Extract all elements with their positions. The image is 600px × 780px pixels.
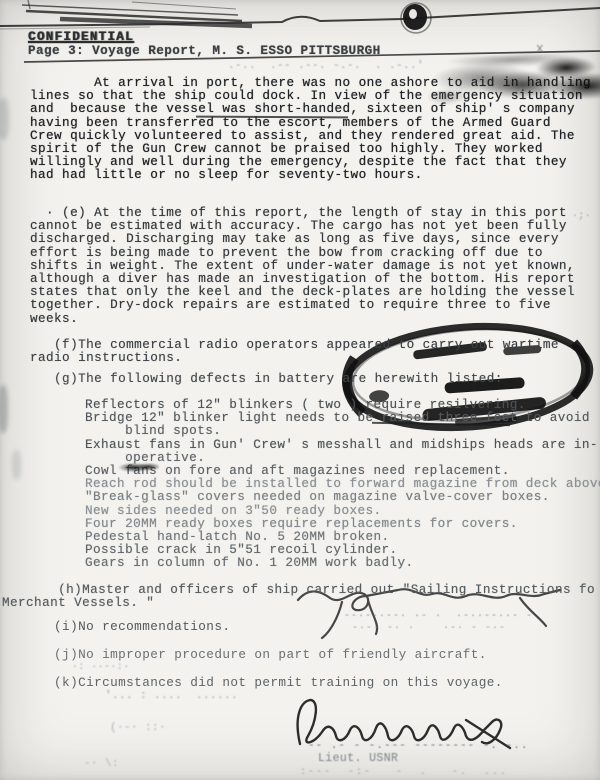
scan-edge-smudge: [12, 450, 21, 480]
torn-edge-artifact: [0, 0, 600, 29]
paragraph-k: (k)Circumstances did not permit training…: [30, 676, 503, 689]
pencil-mark: (·-· ::·: [110, 722, 166, 735]
text-line: operative.: [85, 451, 600, 464]
confidential-banner: CONFIDENTIAL: [28, 30, 134, 43]
margin-speck: ·;·: [572, 210, 591, 223]
text-line: had had little or no sleep for seventy-t…: [30, 168, 591, 181]
text-line: (i)No recommendations.: [30, 620, 230, 633]
text-line: weeks.: [30, 312, 575, 325]
overtyped-word-blot: [117, 461, 159, 474]
text-line: discharged. Discharging may take as long…: [30, 232, 575, 245]
scan-edge-smudge: [0, 98, 9, 140]
page-title: Page 3: Voyage Report, M. S. ESSO PITTSB…: [28, 44, 381, 57]
text-line: blind spots.: [85, 424, 600, 437]
defects-list: Reflectors of 12" blinkers ( two ) requi…: [85, 398, 600, 569]
signature-rank-line: Lieut. USNR: [318, 752, 398, 765]
text-line: Crew quickly volunteered to assist, and …: [30, 129, 591, 142]
faded-ghost-text: .-.. .-- .--. -.-. . .-..': [228, 60, 424, 73]
paragraph-f: (f)The commercial radio operators appear…: [30, 338, 559, 364]
text-line: Merchant Vessels. ": [2, 596, 595, 609]
text-line: Gears in column of No. 1 20MM work badly…: [85, 556, 600, 569]
ink-stain-top-right: [425, 52, 600, 116]
paragraph-e: · (e) At the time of this report, the le…: [30, 206, 575, 325]
text-line: Four 20MM ready boxes require replacemen…: [85, 517, 600, 530]
erased-typed-text: -·-· -· · ·-· - -·-: [352, 622, 506, 635]
faded-mark: ·: ··-·:·: [72, 661, 130, 674]
text-line: Exhaust fans in Gun' Crew' s messhall an…: [85, 438, 600, 451]
paragraph-h: (h)Master and officers of ship carried o…: [2, 583, 595, 609]
paragraph-g: (g)The following defects in battery are …: [30, 372, 503, 385]
text-line: Reach rod should be installed to forward…: [85, 477, 600, 490]
pencil-mark: -· \:: [84, 758, 119, 771]
text-line: together. Dry-dock repairs are estimated…: [30, 298, 575, 311]
scanned-document-page: CONFIDENTIAL Page 3: Voyage Report, M. S…: [0, 0, 600, 780]
text-line: effort is being made to prevent the bow …: [30, 246, 575, 259]
text-line: New sides needed on 3"50 ready boxes.: [85, 504, 600, 517]
binder-hole-artifact: [401, 3, 431, 33]
text-line: radio instructions.: [30, 351, 559, 364]
text-line: (g)The following defects in battery are …: [30, 372, 503, 385]
text-line: "Break-glass" covers needed on magazine …: [85, 490, 600, 503]
text-line: (j)No improper procedure on part of frie…: [30, 648, 487, 661]
text-line: shifts in weight. The extent of under-wa…: [30, 259, 575, 272]
paragraph-j: (j)No improper procedure on part of frie…: [30, 648, 487, 661]
text-line: (k)Circumstances did not permit training…: [30, 676, 503, 689]
signature-faint-line: :--- -:- - . -. ...: [300, 766, 508, 779]
scan-edge-smudge: [0, 385, 8, 433]
faded-mark: '... : .... ......: [105, 690, 238, 703]
paragraph-i: (i)No recommendations.: [30, 620, 230, 633]
